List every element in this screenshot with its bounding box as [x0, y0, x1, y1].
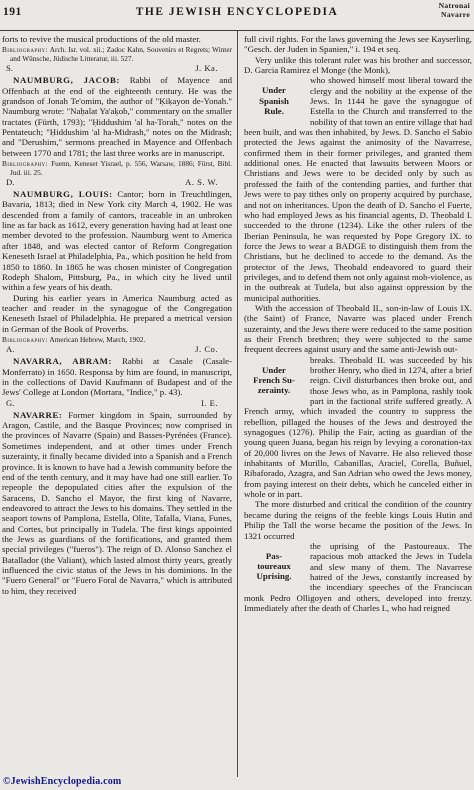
signature-line: S. J. Ka. — [2, 63, 232, 73]
cutin-heading-under-french-suzerainty: Under French Su- zerainty. — [244, 355, 304, 406]
signature-line: D. A. S. W. — [2, 177, 232, 187]
header-guide-words: Natronai Navarre — [439, 2, 470, 19]
navarre-paragraph-pastoureaux: Pas- toureaux Uprising. the uprising of … — [244, 541, 472, 613]
bibliography-naumburg-jacob: Bibliography: Fuenn, Keneset Yisrael, p.… — [2, 160, 232, 177]
signature-line: G. I. E. — [2, 398, 232, 408]
signature-line: A. J. Co. — [2, 344, 232, 354]
page-header: 191 THE JEWISH ENCYCLOPEDIA Natronai Nav… — [0, 0, 474, 31]
bibliography-naumburg-prev: Bibliography: Arch. Isr. vol. xii.; Zado… — [2, 46, 232, 63]
two-column-text: forts to revive the musical productions … — [0, 31, 474, 777]
navarre-paragraph-spanish-intro: Very unlike this tolerant ruler was his … — [244, 55, 472, 76]
continuation-paragraph: full civil rights. For the laws governin… — [244, 34, 472, 55]
continuation-paragraph: forts to revive the musical productions … — [2, 34, 232, 44]
entry-naumburg-jacob: NAUMBURG, JACOB: Rabbi of Mayence and Of… — [2, 75, 232, 158]
page-title: THE JEWISH ENCYCLOPEDIA — [0, 6, 474, 18]
entry-headword: NAVARRE: — [13, 410, 62, 420]
footer-watermark: ©JewishEncyclopedia.com — [3, 776, 121, 787]
left-column: forts to revive the musical productions … — [0, 31, 237, 777]
navarre-paragraph-french-intro: With the accession of Theobald II., son-… — [244, 303, 472, 355]
entry-headword: NAVARRA, ABRAM: — [13, 356, 112, 366]
entry-headword: NAUMBURG, LOUIS: — [13, 189, 113, 199]
cutin-heading-under-spanish-rule: Under Spanish Rule. — [244, 75, 304, 126]
bibliography-naumburg-louis: Bibliography: American Hebrew, March, 19… — [2, 336, 232, 345]
navarre-paragraph-spanish: Under Spanish Rule. who showed himself m… — [244, 75, 472, 303]
navarre-paragraph-pastoureaux-intro: The more disturbed and critical the cond… — [244, 499, 472, 540]
entry-naumburg-louis: NAUMBURG, LOUIS: Cantor; born in Treucht… — [2, 189, 232, 292]
navarre-paragraph-french: Under French Su- zerainty. breaks. Theob… — [244, 355, 472, 500]
encyclopedia-page-scan: 191 THE JEWISH ENCYCLOPEDIA Natronai Nav… — [0, 0, 474, 790]
entry-navarra-abram: NAVARRA, ABRAM: Rabbi at Casale (Casale-… — [2, 356, 232, 397]
entry-naumburg-louis-paragraph-2: During his earlier years in America Naum… — [2, 293, 232, 334]
entry-headword: NAUMBURG, JACOB: — [13, 75, 120, 85]
cutin-heading-pastoureaux-uprising: Pas- toureaux Uprising. — [244, 541, 304, 592]
bibliography-label: Bibliography: — [2, 335, 48, 344]
entry-navarre: NAVARRE: Former kingdom in Spain, surrou… — [2, 410, 232, 596]
right-column: full civil rights. For the laws governin… — [237, 31, 474, 777]
